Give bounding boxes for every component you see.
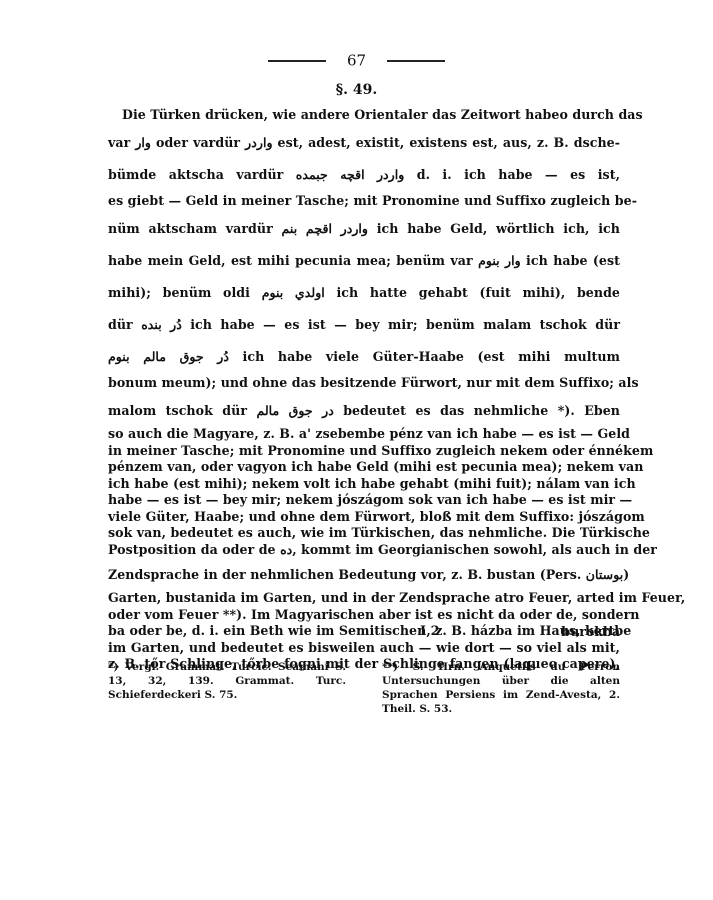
text-line: habe mein Geld, est mihi pecunia mea; be… bbox=[108, 244, 620, 276]
text-line: pénzem van, oder vagyon ich habe Geld (m… bbox=[108, 459, 620, 476]
text-line: ich habe (est mihi); nekem volt ich habe… bbox=[108, 476, 620, 493]
text-line: دُر جوق مالم بنوم ich habe viele Güter-H… bbox=[108, 340, 620, 372]
text-line: var وار oder vardür واردر est, adest, ex… bbox=[108, 126, 620, 158]
text-line: im Garten, und bedeutet es bisweilen auc… bbox=[108, 640, 620, 657]
text-line: es giebt — Geld in meiner Tasche; mit Pr… bbox=[108, 190, 620, 212]
signature-mark: I 2 bbox=[420, 624, 440, 639]
text-line: ba oder be, d. i. ein Beth wie im Semiti… bbox=[108, 623, 620, 640]
text-line: so auch die Magyare, z. B. a' zsebembe p… bbox=[108, 426, 620, 443]
book-page: 67 §. 49. Die Türken drücken, wie andere… bbox=[0, 0, 713, 900]
text-line: mihi); benüm oldi اولدي بنوم ich hatte g… bbox=[108, 276, 620, 308]
text-line: Zendsprache in der nehmlichen Bedeutung … bbox=[108, 558, 620, 590]
text-line: bümde aktscha vardür واردر اقچه جبمده d.… bbox=[108, 158, 620, 190]
footnote-2: **) S. Hrn. Anquetils du Perron Untersuc… bbox=[382, 660, 620, 716]
page-number: 67 bbox=[347, 52, 366, 70]
header-rule-right bbox=[387, 60, 445, 62]
footnotes: *) Vergl. Grammat. Turcic. Seamani S. 13… bbox=[108, 660, 620, 716]
text-line: nüm aktscham vardür واردر اقچم بنم ich h… bbox=[108, 212, 620, 244]
footnote-1: *) Vergl. Grammat. Turcic. Seamani S. 13… bbox=[108, 660, 346, 716]
text-line: dür دُر بنده ich habe — es ist — bey mir… bbox=[108, 308, 620, 340]
page-header: 67 bbox=[0, 50, 713, 70]
body-text: Die Türken drücken, wie andere Orientale… bbox=[108, 104, 620, 673]
header-rule-left bbox=[268, 60, 326, 62]
text-line: habe — es ist — bey mir; nekem jószágom … bbox=[108, 492, 620, 509]
text-line: Garten, bustanida im Garten, und in der … bbox=[108, 590, 620, 607]
text-line: bonum meum); und ohne das besitzende Für… bbox=[108, 372, 620, 394]
text-line: Postposition da oder de ده, kommt im Geo… bbox=[108, 542, 620, 559]
text-line: in meiner Tasche; mit Pronomine und Suff… bbox=[108, 443, 620, 460]
text-line: sok van, bedeutet es auch, wie im Türkis… bbox=[108, 525, 620, 542]
text-line: viele Güter, Haabe; und ohne dem Fürwort… bbox=[108, 509, 620, 526]
text-line: oder vom Feuer **). Im Magyarischen aber… bbox=[108, 607, 620, 624]
text-line: malom tschok dür در جوق مالم bedeutet es… bbox=[108, 394, 620, 426]
catchword: burokba bbox=[561, 624, 620, 639]
section-heading: §. 49. bbox=[0, 82, 713, 98]
text-line: Die Türken drücken, wie andere Orientale… bbox=[108, 104, 620, 126]
